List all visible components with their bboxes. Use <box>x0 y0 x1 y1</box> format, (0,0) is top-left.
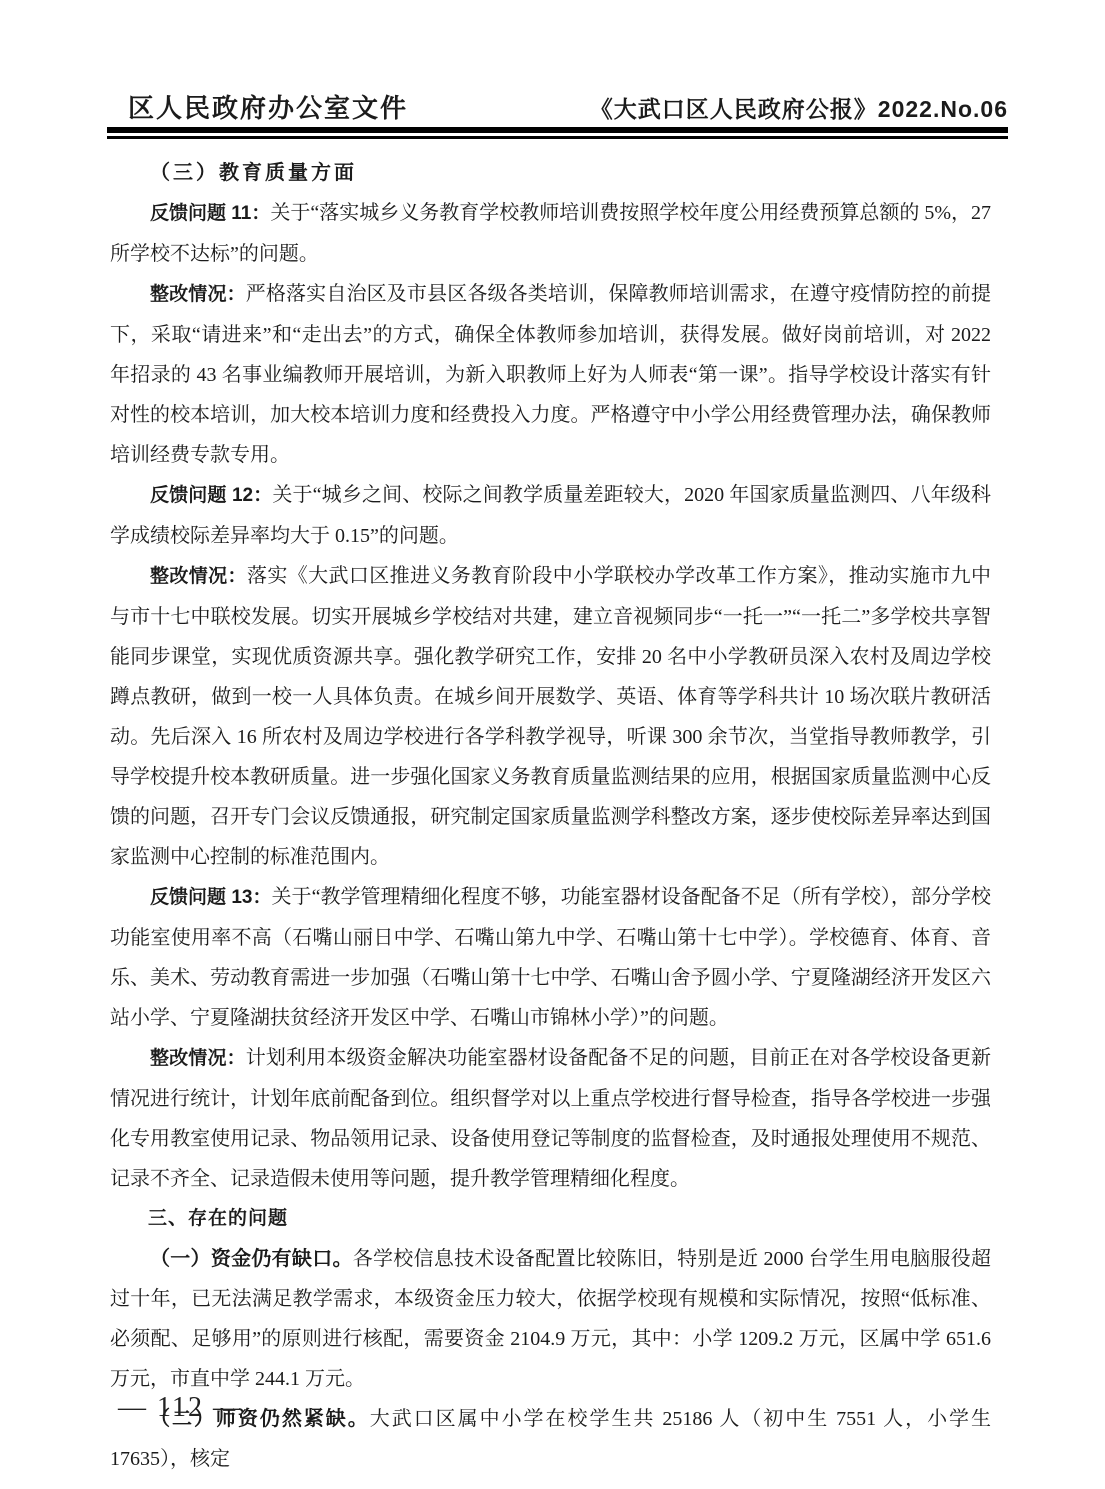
section-heading: （三）教育质量方面 <box>110 153 991 193</box>
header-right-gazette-title: 《大武口区人民政府公报》2022.No.06 <box>590 91 1008 124</box>
paragraph: 反馈问题 12：关于“城乡之间、校际之间教学质量差距较大，2020 年国家质量监… <box>110 475 991 556</box>
header-left-title: 区人民政府办公室文件 <box>128 88 408 125</box>
document-page: 区人民政府办公室文件 《大武口区人民政府公报》2022.No.06 （三）教育质… <box>0 0 1105 1489</box>
paragraph-label: （一）资金仍有缺口。 <box>150 1248 353 1270</box>
page-header: 区人民政府办公室文件 《大武口区人民政府公报》2022.No.06 <box>110 88 1008 125</box>
paragraph-label: （三）教育质量方面 <box>150 162 357 184</box>
paragraph-label: 反馈问题 11： <box>150 203 270 224</box>
rule-thin-line <box>107 136 1008 139</box>
paragraph-text: 落实《大武口区推进义务教育阶段中小学联校办学改革工作方案》，推动实施市九中与市十… <box>110 565 991 868</box>
paragraph: 整改情况：落实《大武口区推进义务教育阶段中小学联校办学改革工作方案》，推动实施市… <box>110 556 991 877</box>
header-double-rule <box>107 127 1008 139</box>
paragraph-label: 整改情况： <box>150 566 247 587</box>
paragraph-label: 整改情况： <box>150 1048 246 1069</box>
section-heading: 三、存在的问题 <box>110 1199 991 1239</box>
paragraph-label: 三、存在的问题 <box>148 1208 288 1229</box>
paragraph: （一）资金仍有缺口。各学校信息技术设备配置比较陈旧，特别是近 2000 台学生用… <box>110 1239 991 1399</box>
paragraph: 反馈问题 11：关于“落实城乡义务教育学校教师培训费按照学校年度公用经费预算总额… <box>110 193 991 274</box>
paragraph: 反馈问题 13：关于“教学管理精细化程度不够，功能室器材设备配备不足（所有学校）… <box>110 877 991 1038</box>
paragraph-label: 反馈问题 12： <box>150 485 272 506</box>
paragraph-label: 反馈问题 13： <box>150 887 272 908</box>
paragraph: 整改情况：计划利用本级资金解决功能室器材设备配备不足的问题，目前正在对各学校设备… <box>110 1038 991 1199</box>
page-footer: — 112 — <box>118 1392 243 1424</box>
paragraph: 整改情况：严格落实自治区及市县区各级各类培训，保障教师培训需求，在遵守疫情防控的… <box>110 274 991 475</box>
paragraph-label: 整改情况： <box>150 284 246 305</box>
document-body: （三）教育质量方面反馈问题 11：关于“落实城乡义务教育学校教师培训费按照学校年… <box>110 153 991 1479</box>
rule-thick-line <box>107 127 1008 133</box>
paragraph-text: 严格落实自治区及市县区各级各类培训，保障教师培训需求，在遵守疫情防控的前提下，采… <box>110 283 991 466</box>
page-number: — 112 — <box>118 1392 243 1423</box>
